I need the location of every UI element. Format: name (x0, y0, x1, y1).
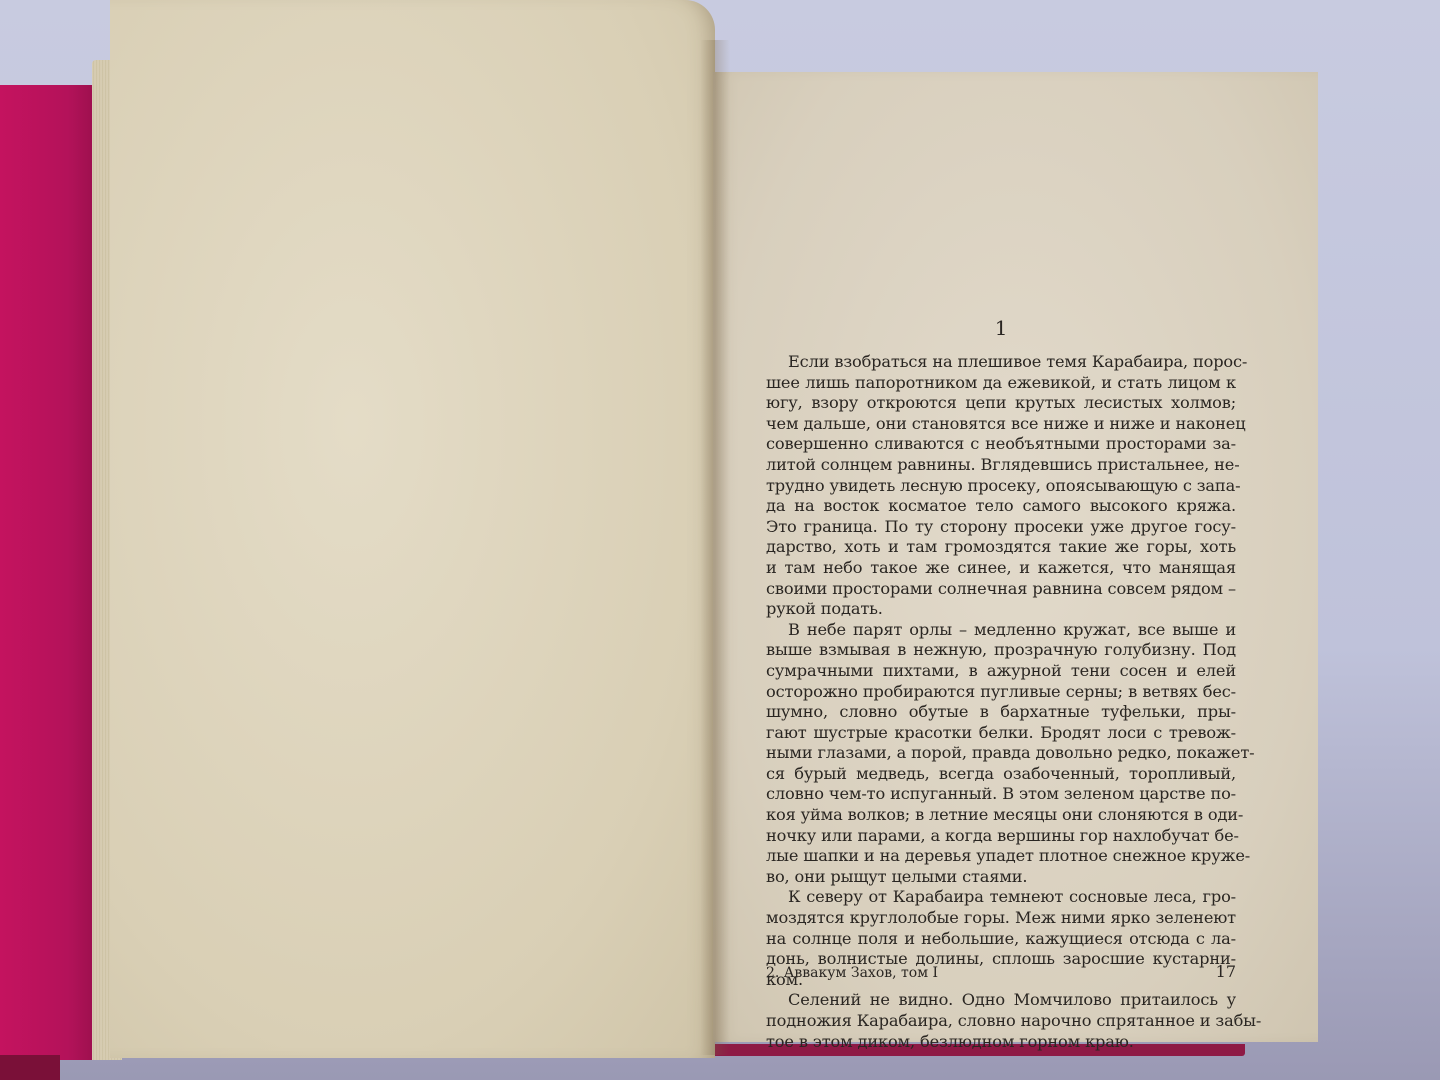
text-line: совершенно сливаются с необъятными прост… (766, 434, 1236, 455)
left-page-blank (110, 0, 715, 1058)
text-line: В небе парят орлы – медленно кружат, все… (766, 620, 1236, 641)
text-line: Это граница. По ту сторону просеки уже д… (766, 517, 1236, 538)
text-line: своими просторами солнечная равнина совс… (766, 579, 1236, 600)
text-line: Если взобраться на плешивое темя Карабаи… (766, 352, 1236, 373)
text-line: да на восток косматое тело самого высоко… (766, 496, 1236, 517)
text-line: дарство, хоть и там громоздятся такие же… (766, 537, 1236, 558)
text-line: шее лишь папоротником да ежевикой, и ста… (766, 373, 1236, 394)
chapter-number: 1 (766, 318, 1236, 338)
text-line: осторожно пробираются пугливые серны; в … (766, 682, 1236, 703)
page-text: 1 Если взобраться на плешивое темя Караб… (766, 318, 1236, 1052)
text-line: ными глазами, а порой, правда довольно р… (766, 743, 1236, 764)
text-line: лые шапки и на деревья упадет плотное сн… (766, 846, 1236, 867)
text-line: тое в этом диком, безлюдном горном краю. (766, 1032, 1236, 1053)
page-number: 17 (1216, 962, 1236, 981)
text-line: на солнце поля и небольшие, кажущиеся от… (766, 929, 1236, 950)
book-cover-corner (0, 1055, 60, 1080)
text-line: гают шустрые красотки белки. Бродят лоси… (766, 723, 1236, 744)
text-line: во, они рыщут целыми стаями. (766, 867, 1236, 888)
text-line: трудно увидеть лесную просеку, опоясываю… (766, 476, 1236, 497)
paragraph: Если взобраться на плешивое темя Карабаи… (766, 352, 1236, 620)
text-line: рукой подать. (766, 599, 1236, 620)
footer-signature: 2. Аввакум Захов, том I (766, 965, 938, 981)
text-line: коя уйма волков; в летние месяцы они сло… (766, 805, 1236, 826)
paragraphs-container: Если взобраться на плешивое темя Карабаи… (766, 352, 1236, 1052)
text-line: сумрачными пихтами, в ажурной тени сосен… (766, 661, 1236, 682)
text-line: ся бурый медведь, всегда озабоченный, то… (766, 764, 1236, 785)
text-line: чем дальше, они становятся все ниже и ни… (766, 414, 1236, 435)
paragraph: Селений не видно. Одно Момчилово притаил… (766, 990, 1236, 1052)
paragraph: В небе парят орлы – медленно кружат, все… (766, 620, 1236, 888)
text-line: выше взмывая в нежную, прозрачную голуби… (766, 640, 1236, 661)
text-line: ночку или парами, а когда вершины гор на… (766, 826, 1236, 847)
text-line: югу, взору откроются цепи крутых лесисты… (766, 393, 1236, 414)
text-line: шумно, словно обутые в бархатные туфельк… (766, 702, 1236, 723)
text-line: подножия Карабаира, словно нарочно спрят… (766, 1011, 1236, 1032)
text-line: словно чем-то испуганный. В этом зеленом… (766, 784, 1236, 805)
text-line: К северу от Карабаира темнеют сосновые л… (766, 887, 1236, 908)
page-footer: 2. Аввакум Захов, том I 17 (766, 962, 1236, 981)
text-line: Селений не видно. Одно Момчилово притаил… (766, 990, 1236, 1011)
text-line: моздятся круглолобые горы. Меж ними ярко… (766, 908, 1236, 929)
text-line: литой солнцем равнины. Вглядевшись прист… (766, 455, 1236, 476)
text-line: и там небо такое же синее, и кажется, чт… (766, 558, 1236, 579)
